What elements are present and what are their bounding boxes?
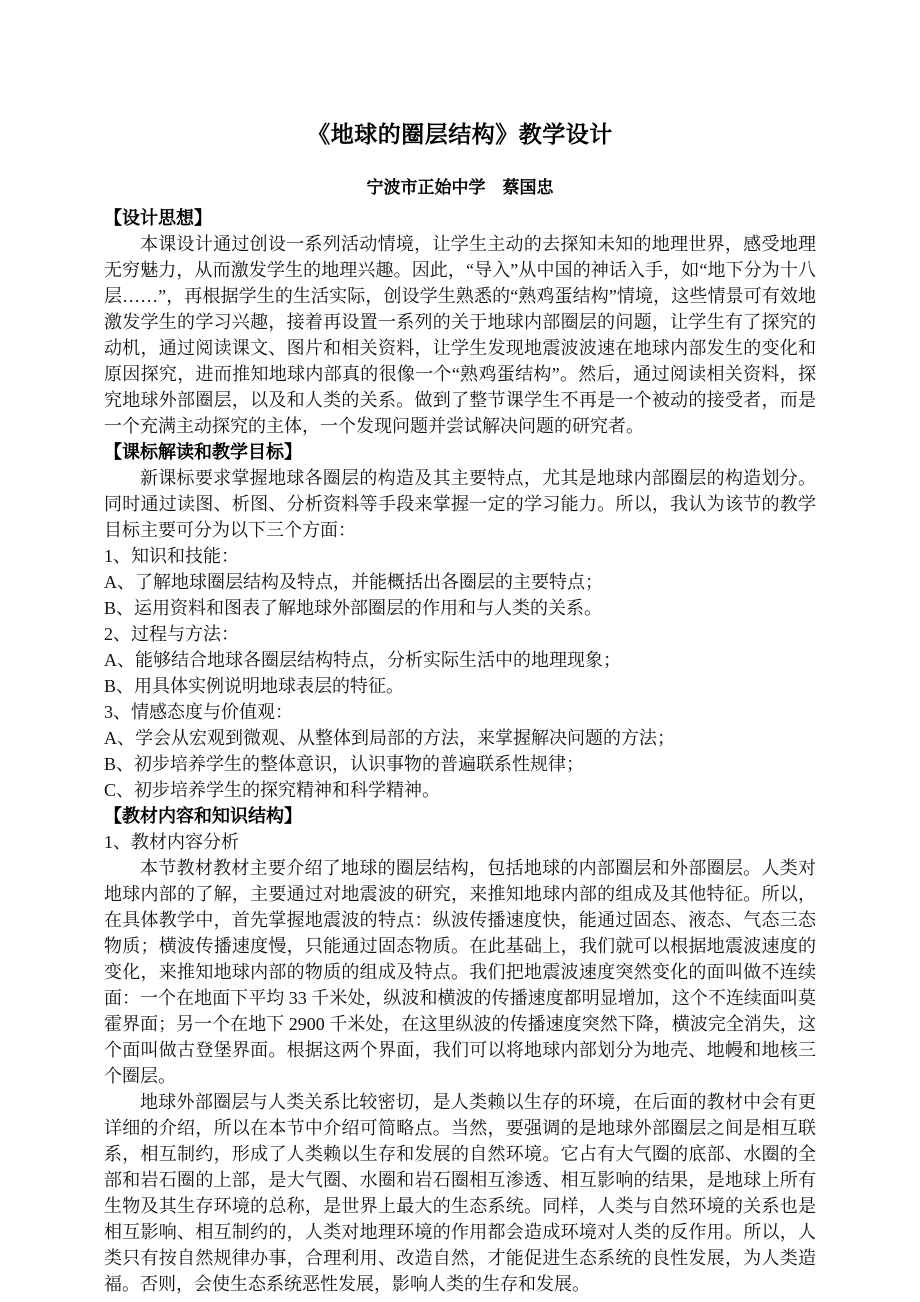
objective-item-process-b: B、用具体实例说明地球表层的特征。 [104, 673, 816, 699]
objective-item-process-a: A、能够结合地球各圈层结构特点，分析实际生活中的地理现象； [104, 647, 816, 673]
objective-item-values-c: C、初步培养学生的探究精神和科学精神。 [104, 777, 816, 803]
section-heading-design-intent: 【设计思想】 [104, 205, 816, 231]
document-title: 《地球的圈层结构》教学设计 [104, 116, 816, 149]
objective-item-values: 3、情感态度与价值观： [104, 699, 816, 725]
section-heading-material-content: 【教材内容和知识结构】 [104, 803, 816, 829]
objective-item-knowledge-a: A、了解地球圈层结构及特点，并能概括出各圈层的主要特点； [104, 569, 816, 595]
objective-item-values-b: B、初步培养学生的整体意识，认识事物的普遍联系性规律； [104, 751, 816, 777]
objective-item-knowledge-skills: 1、知识和技能： [104, 543, 816, 569]
objective-item-process-method: 2、过程与方法： [104, 621, 816, 647]
objective-item-values-a: A、学会从宏观到微观、从整体到局部的方法，来掌握解决问题的方法； [104, 725, 816, 751]
byline: 宁波市正始中学 蔡国忠 [104, 173, 816, 198]
design-intent-paragraph: 本课设计通过创设一系列活动情境，让学生主动的去探知未知的地理世界，感受地理无穷魅… [104, 231, 816, 439]
material-content-subheading: 1、教材内容分析 [104, 829, 816, 855]
section-heading-objectives: 【课标解读和教学目标】 [104, 439, 816, 465]
objective-item-knowledge-b: B、运用资料和图表了解地球外部圈层的作用和与人类的关系。 [104, 595, 816, 621]
material-analysis-paragraph-2: 地球外部圈层与人类关系比较密切，是人类赖以生存的环境，在后面的教材中会有更详细的… [104, 1089, 816, 1297]
document-page: 《地球的圈层结构》教学设计 宁波市正始中学 蔡国忠 【设计思想】 本课设计通过创… [0, 0, 920, 1302]
objectives-intro-paragraph: 新课标要求掌握地球各圈层的构造及其主要特点，尤其是地球内部圈层的构造划分。同时通… [104, 465, 816, 543]
material-analysis-paragraph-1: 本节教材教材主要介绍了地球的圈层结构，包括地球的内部圈层和外部圈层。人类对地球内… [104, 855, 816, 1089]
